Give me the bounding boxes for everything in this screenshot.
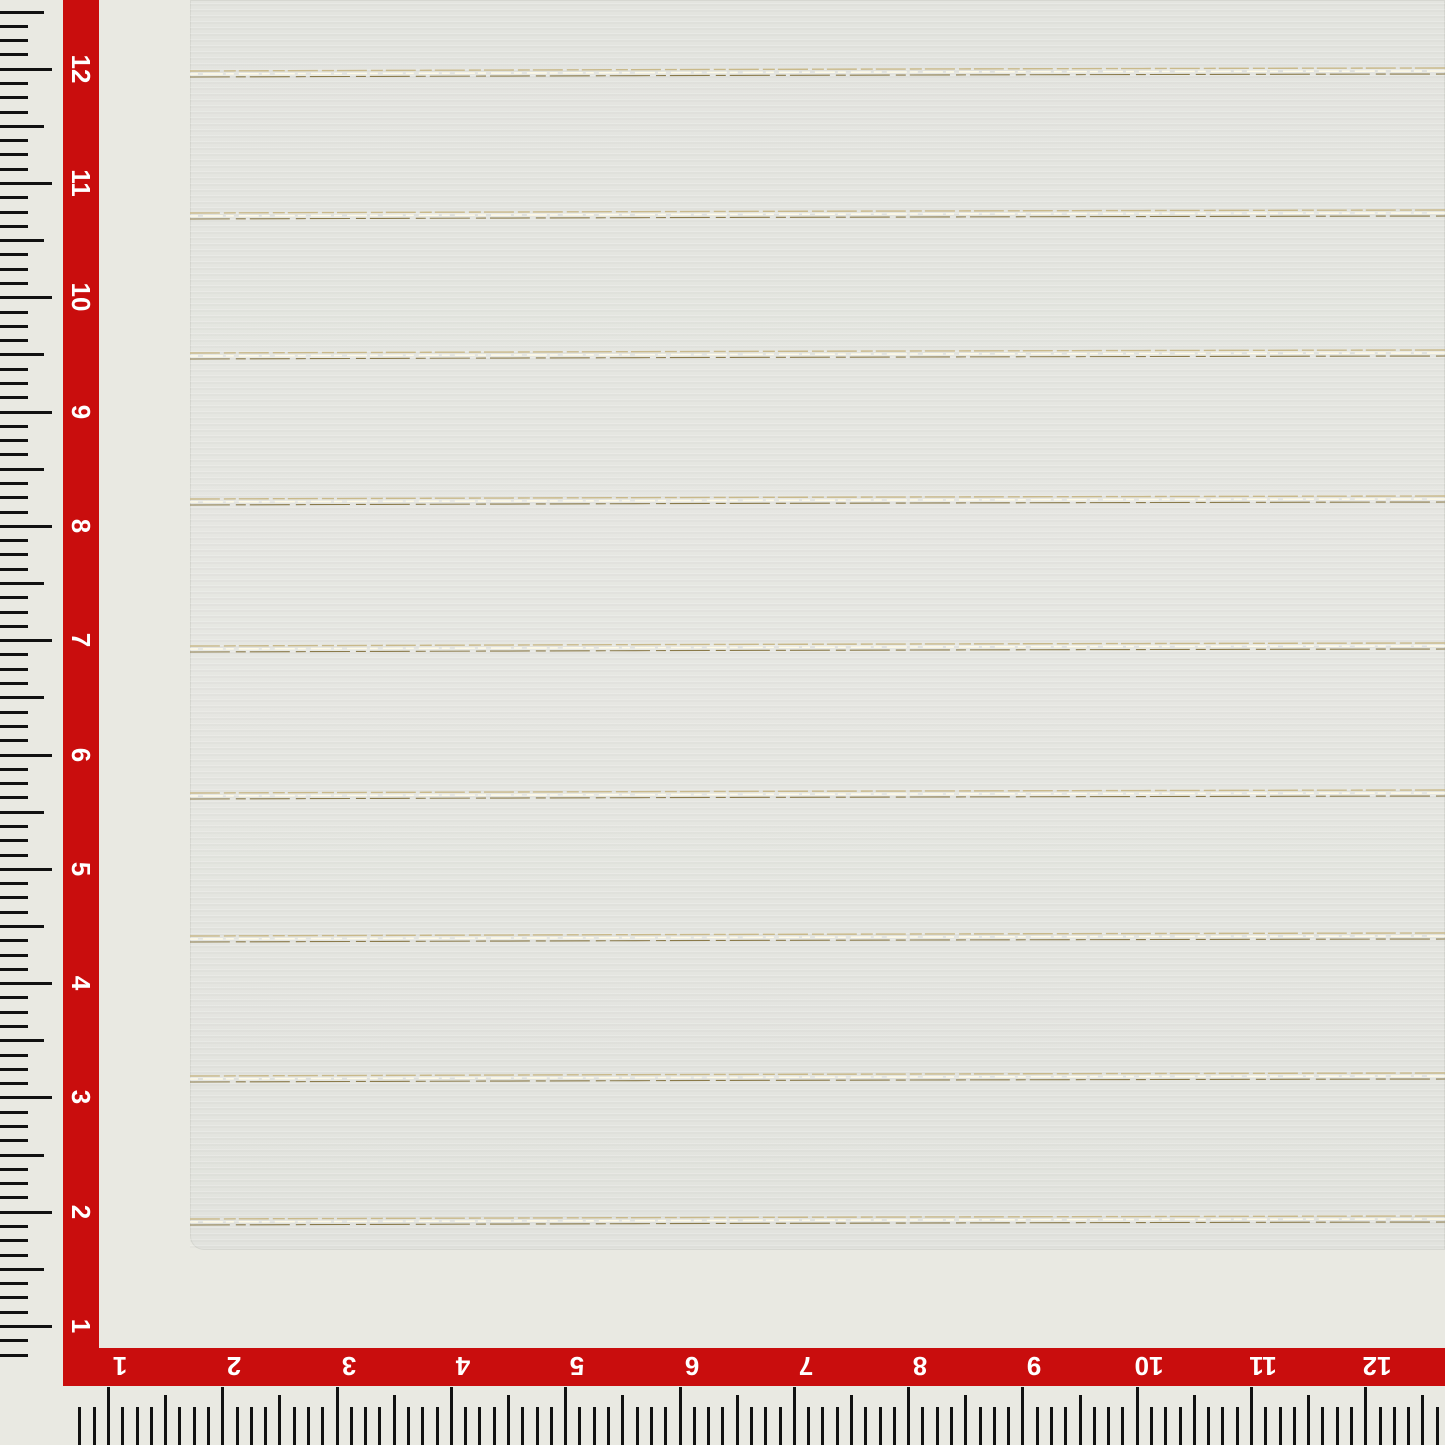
ruler-tick xyxy=(993,1407,996,1445)
ruler-horizontal-label: 11 xyxy=(1243,1351,1283,1381)
ruler-tick xyxy=(0,1296,28,1299)
ruler-tick xyxy=(0,925,44,928)
ruler-tick xyxy=(0,496,28,499)
ruler-vertical-label: 7 xyxy=(66,622,96,658)
ruler-tick xyxy=(0,1025,28,1028)
ruler-tick xyxy=(0,996,28,999)
ruler-tick xyxy=(707,1407,710,1445)
ruler-tick xyxy=(178,1407,181,1445)
ruler-vertical-label: 4 xyxy=(66,965,96,1001)
ruler-tick xyxy=(0,311,28,314)
ruler-tick xyxy=(0,839,28,842)
ruler-tick xyxy=(1207,1407,1210,1445)
ruler-tick xyxy=(0,1311,28,1314)
ruler-horizontal-label: 12 xyxy=(1357,1351,1397,1381)
ruler-tick xyxy=(1193,1395,1196,1445)
ruler-tick xyxy=(250,1407,253,1445)
ruler-horizontal-label: 7 xyxy=(786,1351,826,1381)
gold-stripe xyxy=(190,928,1445,942)
ruler-tick xyxy=(921,1407,924,1445)
ruler-tick xyxy=(0,153,28,156)
ruler-tick xyxy=(664,1407,667,1445)
ruler-tick xyxy=(1079,1395,1082,1445)
gold-stripe xyxy=(190,785,1445,799)
ruler-tick xyxy=(321,1407,324,1445)
ruler-vertical-label: 11 xyxy=(66,165,96,201)
gold-stripe xyxy=(190,205,1445,219)
ruler-tick xyxy=(979,1407,982,1445)
ruler-tick xyxy=(736,1395,739,1445)
gold-stripe xyxy=(190,63,1445,77)
ruler-vertical-strip xyxy=(63,0,99,1386)
ruler-tick xyxy=(393,1395,396,1445)
ruler-tick xyxy=(0,1168,28,1171)
ruler-tick xyxy=(1179,1407,1182,1445)
ruler-tick xyxy=(0,325,28,328)
ruler-tick xyxy=(850,1395,853,1445)
ruler-tick xyxy=(0,382,28,385)
ruler-horizontal-label: 2 xyxy=(214,1351,254,1381)
gold-stripe xyxy=(190,491,1445,505)
ruler-vertical-label: 1 xyxy=(66,1308,96,1344)
ruler-vertical-label: 8 xyxy=(66,508,96,544)
ruler-horizontal-label: 5 xyxy=(557,1351,597,1381)
ruler-tick xyxy=(350,1407,353,1445)
ruler-tick xyxy=(107,1387,110,1445)
ruler-tick xyxy=(164,1395,167,1445)
gold-stripe xyxy=(190,1068,1445,1082)
ruler-tick xyxy=(0,111,28,114)
ruler-tick xyxy=(421,1407,424,1445)
ruler-tick xyxy=(0,754,52,757)
ruler-tick xyxy=(0,696,44,699)
ruler-tick xyxy=(0,954,28,957)
ruler-horizontal-label: 6 xyxy=(672,1351,712,1381)
ruler-horizontal-label: 1 xyxy=(100,1351,140,1381)
ruler-tick xyxy=(1321,1407,1324,1445)
ruler-tick xyxy=(0,639,52,642)
ruler-tick xyxy=(893,1407,896,1445)
ruler-tick xyxy=(207,1407,210,1445)
ruler-tick xyxy=(150,1407,153,1445)
ruler-tick xyxy=(264,1407,267,1445)
ruler-tick xyxy=(0,1182,28,1185)
ruler-tick xyxy=(1407,1407,1410,1445)
ruler-tick xyxy=(0,796,28,799)
ruler-tick xyxy=(1336,1407,1339,1445)
ruler-tick xyxy=(0,368,28,371)
ruler-tick xyxy=(1150,1407,1153,1445)
ruler-tick xyxy=(1164,1407,1167,1445)
ruler-tick xyxy=(1364,1387,1367,1445)
ruler-tick xyxy=(1221,1407,1224,1445)
ruler-tick xyxy=(0,225,28,228)
ruler-tick xyxy=(336,1387,339,1445)
ruler-tick xyxy=(364,1407,367,1445)
ruler-tick xyxy=(636,1407,639,1445)
ruler-tick xyxy=(0,868,52,871)
ruler-tick xyxy=(1350,1407,1353,1445)
ruler-tick xyxy=(0,1254,28,1257)
ruler-tick xyxy=(0,396,28,399)
ruler-tick xyxy=(0,239,44,242)
ruler-tick xyxy=(221,1387,224,1445)
ruler-tick xyxy=(1379,1407,1382,1445)
ruler-tick xyxy=(879,1407,882,1445)
fabric-texture xyxy=(190,0,1445,1250)
ruler-tick xyxy=(0,568,28,571)
ruler-tick xyxy=(1236,1407,1239,1445)
ruler-tick xyxy=(1436,1407,1439,1445)
ruler-tick xyxy=(536,1407,539,1445)
ruler-tick xyxy=(493,1407,496,1445)
ruler-tick xyxy=(0,53,28,56)
ruler-tick xyxy=(0,1096,52,1099)
ruler-vertical-label: 2 xyxy=(66,1194,96,1230)
ruler-tick xyxy=(0,1325,52,1328)
ruler-tick xyxy=(779,1407,782,1445)
ruler-horizontal-label: 9 xyxy=(1014,1351,1054,1381)
ruler-tick xyxy=(0,125,44,128)
ruler-tick xyxy=(436,1407,439,1445)
ruler-horizontal-strip xyxy=(63,1348,1445,1386)
ruler-tick xyxy=(1279,1407,1282,1445)
ruler-tick xyxy=(0,425,28,428)
ruler-tick xyxy=(0,882,28,885)
ruler-vertical-label: 9 xyxy=(66,394,96,430)
ruler-tick xyxy=(0,525,52,528)
ruler-tick xyxy=(0,211,28,214)
ruler-tick xyxy=(407,1407,410,1445)
ruler-tick xyxy=(750,1407,753,1445)
ruler-vertical-label: 6 xyxy=(66,737,96,773)
ruler-tick xyxy=(0,896,28,899)
ruler-tick xyxy=(450,1387,453,1445)
ruler-tick xyxy=(507,1395,510,1445)
ruler-tick xyxy=(0,82,28,85)
ruler-tick xyxy=(0,468,44,471)
ruler-tick xyxy=(0,168,28,171)
ruler-tick xyxy=(0,1268,44,1271)
ruler-tick xyxy=(236,1407,239,1445)
ruler-tick xyxy=(193,1407,196,1445)
ruler-tick xyxy=(0,1239,28,1242)
ruler-tick xyxy=(0,282,28,285)
ruler-tick xyxy=(578,1407,581,1445)
ruler-vertical-label: 3 xyxy=(66,1079,96,1115)
ruler-tick xyxy=(0,782,28,785)
ruler-horizontal-label: 3 xyxy=(329,1351,369,1381)
ruler-tick xyxy=(1036,1407,1039,1445)
ruler-tick xyxy=(679,1387,682,1445)
ruler-tick xyxy=(607,1407,610,1445)
ruler-tick xyxy=(0,1111,28,1114)
ruler-tick xyxy=(836,1407,839,1445)
ruler-tick xyxy=(650,1407,653,1445)
ruler-tick xyxy=(0,596,28,599)
ruler-tick xyxy=(307,1407,310,1445)
ruler-tick xyxy=(1050,1407,1053,1445)
ruler-tick xyxy=(0,453,28,456)
ruler-tick xyxy=(721,1407,724,1445)
ruler-tick xyxy=(136,1407,139,1445)
ruler-tick xyxy=(278,1395,281,1445)
ruler-tick xyxy=(0,825,28,828)
ruler-tick xyxy=(0,68,52,71)
ruler-tick xyxy=(478,1407,481,1445)
ruler-tick xyxy=(0,1068,28,1071)
gold-stripe xyxy=(190,345,1445,359)
ruler-tick xyxy=(936,1407,939,1445)
ruler-tick xyxy=(1136,1387,1139,1445)
ruler-tick xyxy=(0,482,28,485)
ruler-tick xyxy=(0,268,28,271)
ruler-tick xyxy=(821,1407,824,1445)
fabric-swatch xyxy=(190,0,1445,1250)
ruler-tick xyxy=(293,1407,296,1445)
ruler-tick xyxy=(0,1196,28,1199)
ruler-tick xyxy=(0,625,28,628)
ruler-tick xyxy=(1393,1407,1396,1445)
ruler-tick xyxy=(378,1407,381,1445)
ruler-tick xyxy=(0,25,28,28)
ruler-tick xyxy=(1093,1407,1096,1445)
ruler-tick xyxy=(0,253,28,256)
ruler-tick xyxy=(950,1407,953,1445)
ruler-tick xyxy=(0,553,28,556)
ruler-tick xyxy=(0,653,28,656)
ruler-tick xyxy=(0,182,52,185)
ruler-tick xyxy=(78,1407,81,1445)
ruler-vertical-label: 10 xyxy=(66,279,96,315)
ruler-tick xyxy=(964,1395,967,1445)
ruler-tick xyxy=(1293,1407,1296,1445)
ruler-tick xyxy=(1264,1407,1267,1445)
ruler-tick xyxy=(0,11,44,14)
ruler-tick xyxy=(0,682,28,685)
ruler-tick xyxy=(0,1339,28,1342)
ruler-tick xyxy=(521,1407,524,1445)
ruler-tick xyxy=(0,1139,28,1142)
ruler-tick xyxy=(0,1011,28,1014)
ruler-tick xyxy=(0,1054,28,1057)
ruler-horizontal-label: 4 xyxy=(443,1351,483,1381)
ruler-tick xyxy=(0,811,44,814)
ruler-tick xyxy=(0,539,28,542)
ruler-tick xyxy=(0,582,44,585)
ruler-tick xyxy=(0,668,28,671)
ruler-tick xyxy=(0,1282,28,1285)
ruler-tick xyxy=(0,911,28,914)
ruler-tick xyxy=(0,339,28,342)
ruler-tick xyxy=(550,1407,553,1445)
ruler-tick xyxy=(0,1125,28,1128)
ruler-tick xyxy=(93,1407,96,1445)
ruler-tick xyxy=(0,353,44,356)
ruler-tick xyxy=(0,854,28,857)
ruler-tick xyxy=(0,511,28,514)
ruler-tick xyxy=(1121,1407,1124,1445)
ruler-tick xyxy=(0,1211,52,1214)
gold-stripe xyxy=(190,1211,1445,1225)
ruler-tick xyxy=(121,1407,124,1445)
ruler-tick xyxy=(464,1407,467,1445)
ruler-tick xyxy=(564,1387,567,1445)
ruler-tick xyxy=(0,411,52,414)
ruler-tick xyxy=(0,768,28,771)
ruler-tick xyxy=(0,139,28,142)
ruler-tick xyxy=(764,1407,767,1445)
ruler-tick xyxy=(0,39,28,42)
ruler-tick xyxy=(1064,1407,1067,1445)
ruler-tick xyxy=(0,739,28,742)
ruler-tick xyxy=(0,296,52,299)
ruler-tick xyxy=(864,1407,867,1445)
ruler-tick xyxy=(0,711,28,714)
ruler-tick xyxy=(0,1039,44,1042)
ruler-tick xyxy=(0,1354,28,1357)
ruler-tick xyxy=(1007,1407,1010,1445)
ruler-tick xyxy=(1107,1407,1110,1445)
ruler-tick xyxy=(0,1225,28,1228)
ruler-vertical-label: 5 xyxy=(66,851,96,887)
ruler-tick xyxy=(1250,1387,1253,1445)
ruler-tick xyxy=(0,725,28,728)
ruler-horizontal-label: 8 xyxy=(900,1351,940,1381)
ruler-tick xyxy=(693,1407,696,1445)
ruler-tick xyxy=(0,96,28,99)
ruler-tick xyxy=(0,1082,28,1085)
ruler-tick xyxy=(1021,1387,1024,1445)
gold-stripe xyxy=(190,638,1445,652)
ruler-tick xyxy=(0,611,28,614)
ruler-tick xyxy=(593,1407,596,1445)
ruler-tick xyxy=(621,1395,624,1445)
ruler-tick xyxy=(907,1387,910,1445)
ruler-tick xyxy=(807,1407,810,1445)
ruler-tick xyxy=(0,1154,44,1157)
ruler-horizontal-label: 10 xyxy=(1129,1351,1169,1381)
ruler-tick xyxy=(0,968,28,971)
ruler-vertical-label: 12 xyxy=(66,51,96,87)
ruler-tick xyxy=(0,939,28,942)
ruler-tick xyxy=(0,982,52,985)
ruler-tick xyxy=(0,196,28,199)
ruler-tick xyxy=(1421,1395,1424,1445)
ruler-tick xyxy=(0,439,28,442)
ruler-tick xyxy=(1307,1395,1310,1445)
ruler-tick xyxy=(793,1387,796,1445)
